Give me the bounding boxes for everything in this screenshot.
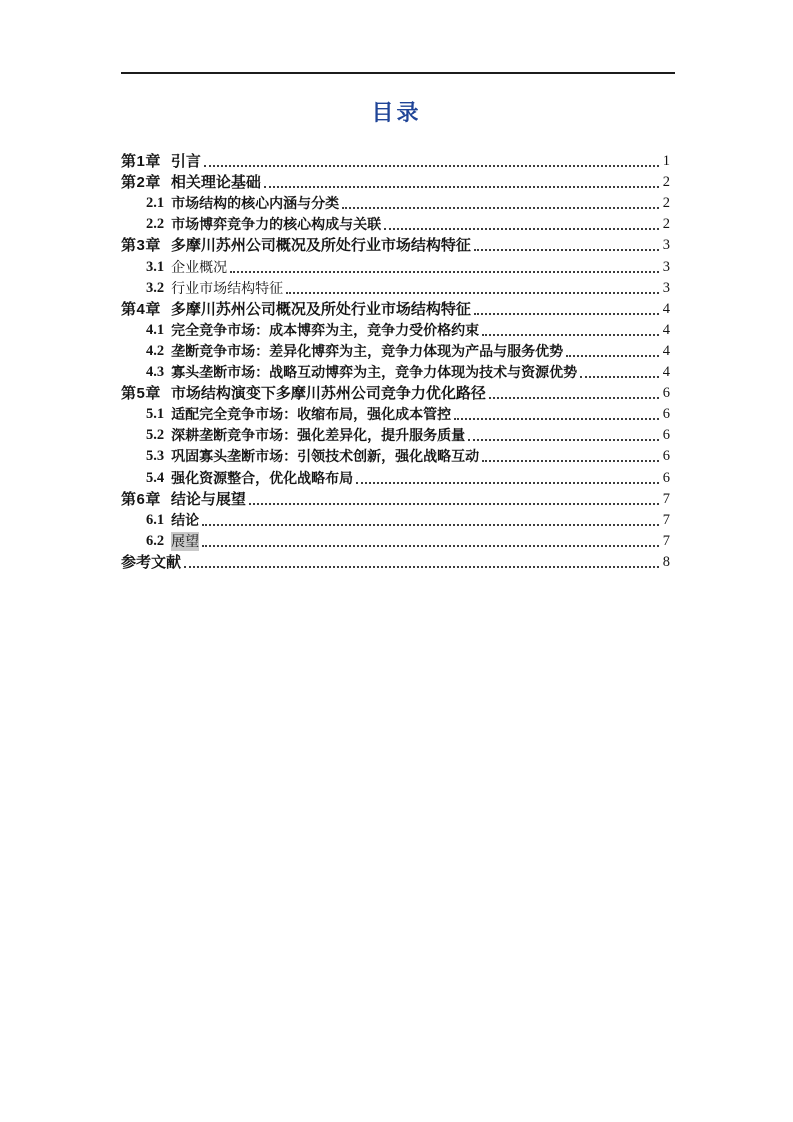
toc-page-number: 4 — [663, 300, 670, 319]
toc-entry-ch5[interactable]: 第5章 市场结构演变下多摩川苏州公司竞争力优化路径 6 — [121, 382, 670, 403]
toc-dot-leader — [356, 482, 659, 484]
toc-entry-title: 行业市场结构特征 — [171, 279, 283, 298]
toc-page-number: 2 — [663, 194, 670, 213]
toc-entry-2-2[interactable]: 2.2 市场博弈竞争力的核心构成与关联 2 — [121, 213, 670, 234]
toc-entry-number: 第6章 — [121, 490, 161, 509]
toc-title: 目录 — [0, 100, 793, 126]
toc-entry-5-1[interactable]: 5.1 适配完全竞争市场：收缩布局，强化成本管控 6 — [121, 403, 670, 424]
toc-entry-title: 寡头垄断市场：战略互动博弈为主，竞争力体现为技术与资源优势 — [171, 363, 577, 382]
toc-page-number: 3 — [663, 258, 670, 277]
toc-entry-title: 结论与展望 — [171, 490, 246, 509]
toc-entry-title: 多摩川苏州公司概况及所处行业市场结构特征 — [171, 236, 471, 255]
toc-entry-4-3[interactable]: 4.3 寡头垄断市场：战略互动博弈为主，竞争力体现为技术与资源优势 4 — [121, 361, 670, 382]
toc-dot-leader — [264, 186, 659, 188]
toc-entry-number: 2.2 — [146, 215, 164, 234]
toc-page-number: 1 — [663, 152, 670, 171]
toc-entry-number: 4.1 — [146, 321, 164, 340]
toc-dot-leader — [202, 545, 659, 547]
toc-entry-number: 6.2 — [146, 532, 164, 551]
toc-page-number: 4 — [663, 342, 670, 361]
toc-entry-5-2[interactable]: 5.2 深耕垄断竞争市场：强化差异化，提升服务质量 6 — [121, 424, 670, 445]
toc-entry-title: 相关理论基础 — [171, 173, 261, 192]
toc-entry-5-3[interactable]: 5.3 巩固寡头垄断市场：引领技术创新，强化战略互动 6 — [121, 445, 670, 466]
toc-entry-number: 5.2 — [146, 426, 164, 445]
toc-entry-title: 多摩川苏州公司概况及所处行业市场结构特征 — [171, 300, 471, 319]
toc-entry-number: 第5章 — [121, 384, 161, 403]
toc-page-number: 8 — [663, 553, 670, 572]
toc-page-number: 6 — [663, 469, 670, 488]
toc-entry-title: 市场博弈竞争力的核心构成与关联 — [171, 215, 381, 234]
toc-entry-4-2[interactable]: 4.2 垄断竞争市场：差异化博弈为主，竞争力体现为产品与服务优势 4 — [121, 340, 670, 361]
document-page: 目录 第1章 引言 1 第2章 相关理论基础 2 2.1 市场结构的核心内涵与分… — [0, 0, 793, 1122]
toc-page-number: 4 — [663, 321, 670, 340]
toc-entry-number: 4.2 — [146, 342, 164, 361]
toc-dot-leader — [482, 460, 659, 462]
toc-dot-leader — [468, 439, 659, 441]
toc-page-number: 3 — [663, 236, 670, 255]
toc-dot-leader — [482, 334, 659, 336]
toc-dot-leader — [202, 524, 659, 526]
toc-page-number: 6 — [663, 405, 670, 424]
toc-entry-ch3[interactable]: 第3章 多摩川苏州公司概况及所处行业市场结构特征 3 — [121, 234, 670, 255]
table-of-contents: 第1章 引言 1 第2章 相关理论基础 2 2.1 市场结构的核心内涵与分类 2… — [121, 150, 670, 572]
toc-entry-5-4[interactable]: 5.4 强化资源整合，优化战略布局 6 — [121, 466, 670, 487]
toc-dot-leader — [286, 292, 659, 294]
toc-dot-leader — [204, 165, 659, 167]
toc-dot-leader — [454, 418, 659, 420]
toc-entry-3-2[interactable]: 3.2 行业市场结构特征 3 — [121, 277, 670, 298]
toc-page-number: 6 — [663, 447, 670, 466]
toc-entry-title-highlighted: 展望 — [171, 532, 199, 551]
toc-entry-references[interactable]: 参考文献 8 — [121, 551, 670, 572]
toc-entry-6-1[interactable]: 6.1 结论 7 — [121, 509, 670, 530]
toc-dot-leader — [474, 249, 659, 251]
toc-entry-3-1[interactable]: 3.1 企业概况 3 — [121, 255, 670, 276]
toc-entry-ch1[interactable]: 第1章 引言 1 — [121, 150, 670, 171]
toc-entry-number: 5.3 — [146, 447, 164, 466]
toc-entry-title: 参考文献 — [121, 553, 181, 572]
toc-dot-leader — [489, 397, 659, 399]
toc-dot-leader — [249, 503, 659, 505]
toc-entry-number: 第1章 — [121, 152, 161, 171]
toc-entry-title: 引言 — [171, 152, 201, 171]
toc-entry-number: 4.3 — [146, 363, 164, 382]
toc-page-number: 7 — [663, 532, 670, 551]
toc-dot-leader — [384, 228, 659, 230]
toc-dot-leader — [230, 271, 659, 273]
toc-dot-leader — [184, 566, 659, 568]
toc-entry-title: 市场结构的核心内涵与分类 — [171, 194, 339, 213]
toc-entry-title: 企业概况 — [171, 258, 227, 277]
toc-entry-number: 第2章 — [121, 173, 161, 192]
toc-entry-number: 5.4 — [146, 469, 164, 488]
toc-entry-title: 垄断竞争市场：差异化博弈为主，竞争力体现为产品与服务优势 — [171, 342, 563, 361]
toc-page-number: 2 — [663, 215, 670, 234]
toc-page-number: 7 — [663, 511, 670, 530]
toc-entry-number: 3.2 — [146, 279, 164, 298]
toc-entry-number: 5.1 — [146, 405, 164, 424]
toc-entry-number: 6.1 — [146, 511, 164, 530]
toc-page-number: 3 — [663, 279, 670, 298]
toc-entry-number: 2.1 — [146, 194, 164, 213]
toc-entry-number: 第3章 — [121, 236, 161, 255]
toc-entry-title: 市场结构演变下多摩川苏州公司竞争力优化路径 — [171, 384, 486, 403]
toc-entry-number: 3.1 — [146, 258, 164, 277]
toc-entry-4-1[interactable]: 4.1 完全竞争市场：成本博弈为主，竞争力受价格约束 4 — [121, 319, 670, 340]
toc-entry-title: 强化资源整合，优化战略布局 — [171, 469, 353, 488]
toc-entry-6-2[interactable]: 6.2 展望 7 — [121, 530, 670, 551]
toc-entry-title: 巩固寡头垄断市场：引领技术创新，强化战略互动 — [171, 447, 479, 466]
toc-entry-ch6[interactable]: 第6章 结论与展望 7 — [121, 488, 670, 509]
toc-entry-title: 深耕垄断竞争市场：强化差异化，提升服务质量 — [171, 426, 465, 445]
toc-page-number: 4 — [663, 363, 670, 382]
toc-entry-ch4[interactable]: 第4章 多摩川苏州公司概况及所处行业市场结构特征 4 — [121, 298, 670, 319]
toc-dot-leader — [566, 355, 659, 357]
toc-page-number: 6 — [663, 426, 670, 445]
toc-entry-ch2[interactable]: 第2章 相关理论基础 2 — [121, 171, 670, 192]
toc-page-number: 6 — [663, 384, 670, 403]
toc-entry-title: 适配完全竞争市场：收缩布局，强化成本管控 — [171, 405, 451, 424]
toc-dot-leader — [580, 376, 659, 378]
toc-dot-leader — [342, 207, 659, 209]
toc-dot-leader — [474, 313, 659, 315]
header-rule — [121, 72, 675, 74]
toc-page-number: 7 — [663, 490, 670, 509]
toc-entry-title: 完全竞争市场：成本博弈为主，竞争力受价格约束 — [171, 321, 479, 340]
toc-entry-number: 第4章 — [121, 300, 161, 319]
toc-entry-title: 结论 — [171, 511, 199, 530]
toc-page-number: 2 — [663, 173, 670, 192]
toc-entry-2-1[interactable]: 2.1 市场结构的核心内涵与分类 2 — [121, 192, 670, 213]
